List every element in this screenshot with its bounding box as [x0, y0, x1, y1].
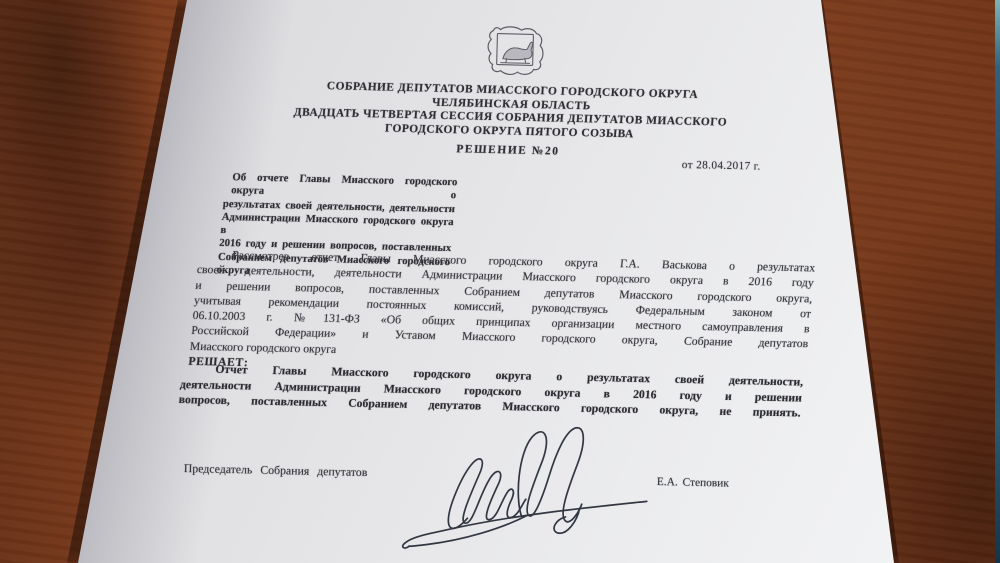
handwritten-signature [351, 412, 673, 563]
miass-coat-of-arms-emblem [482, 24, 547, 78]
decision-number: РЕШЕНИЕ №20 [272, 139, 743, 164]
decision-date: от 28.04.2017 г. [682, 159, 812, 174]
signature-title: Председатель Собрания депутатов [184, 461, 368, 480]
document-content: СОБРАНИЕ ДЕПУТАТОВ МИАССКОГО ГОРОДСКОГО … [0, 0, 1000, 563]
photo-scene: СОБРАНИЕ ДЕПУТАТОВ МИАССКОГО ГОРОДСКОГО … [0, 0, 1000, 563]
signature-name: Е.А. Степовик [657, 476, 729, 490]
document-header: СОБРАНИЕ ДЕПУТАТОВ МИАССКОГО ГОРОДСКОГО … [272, 79, 747, 163]
